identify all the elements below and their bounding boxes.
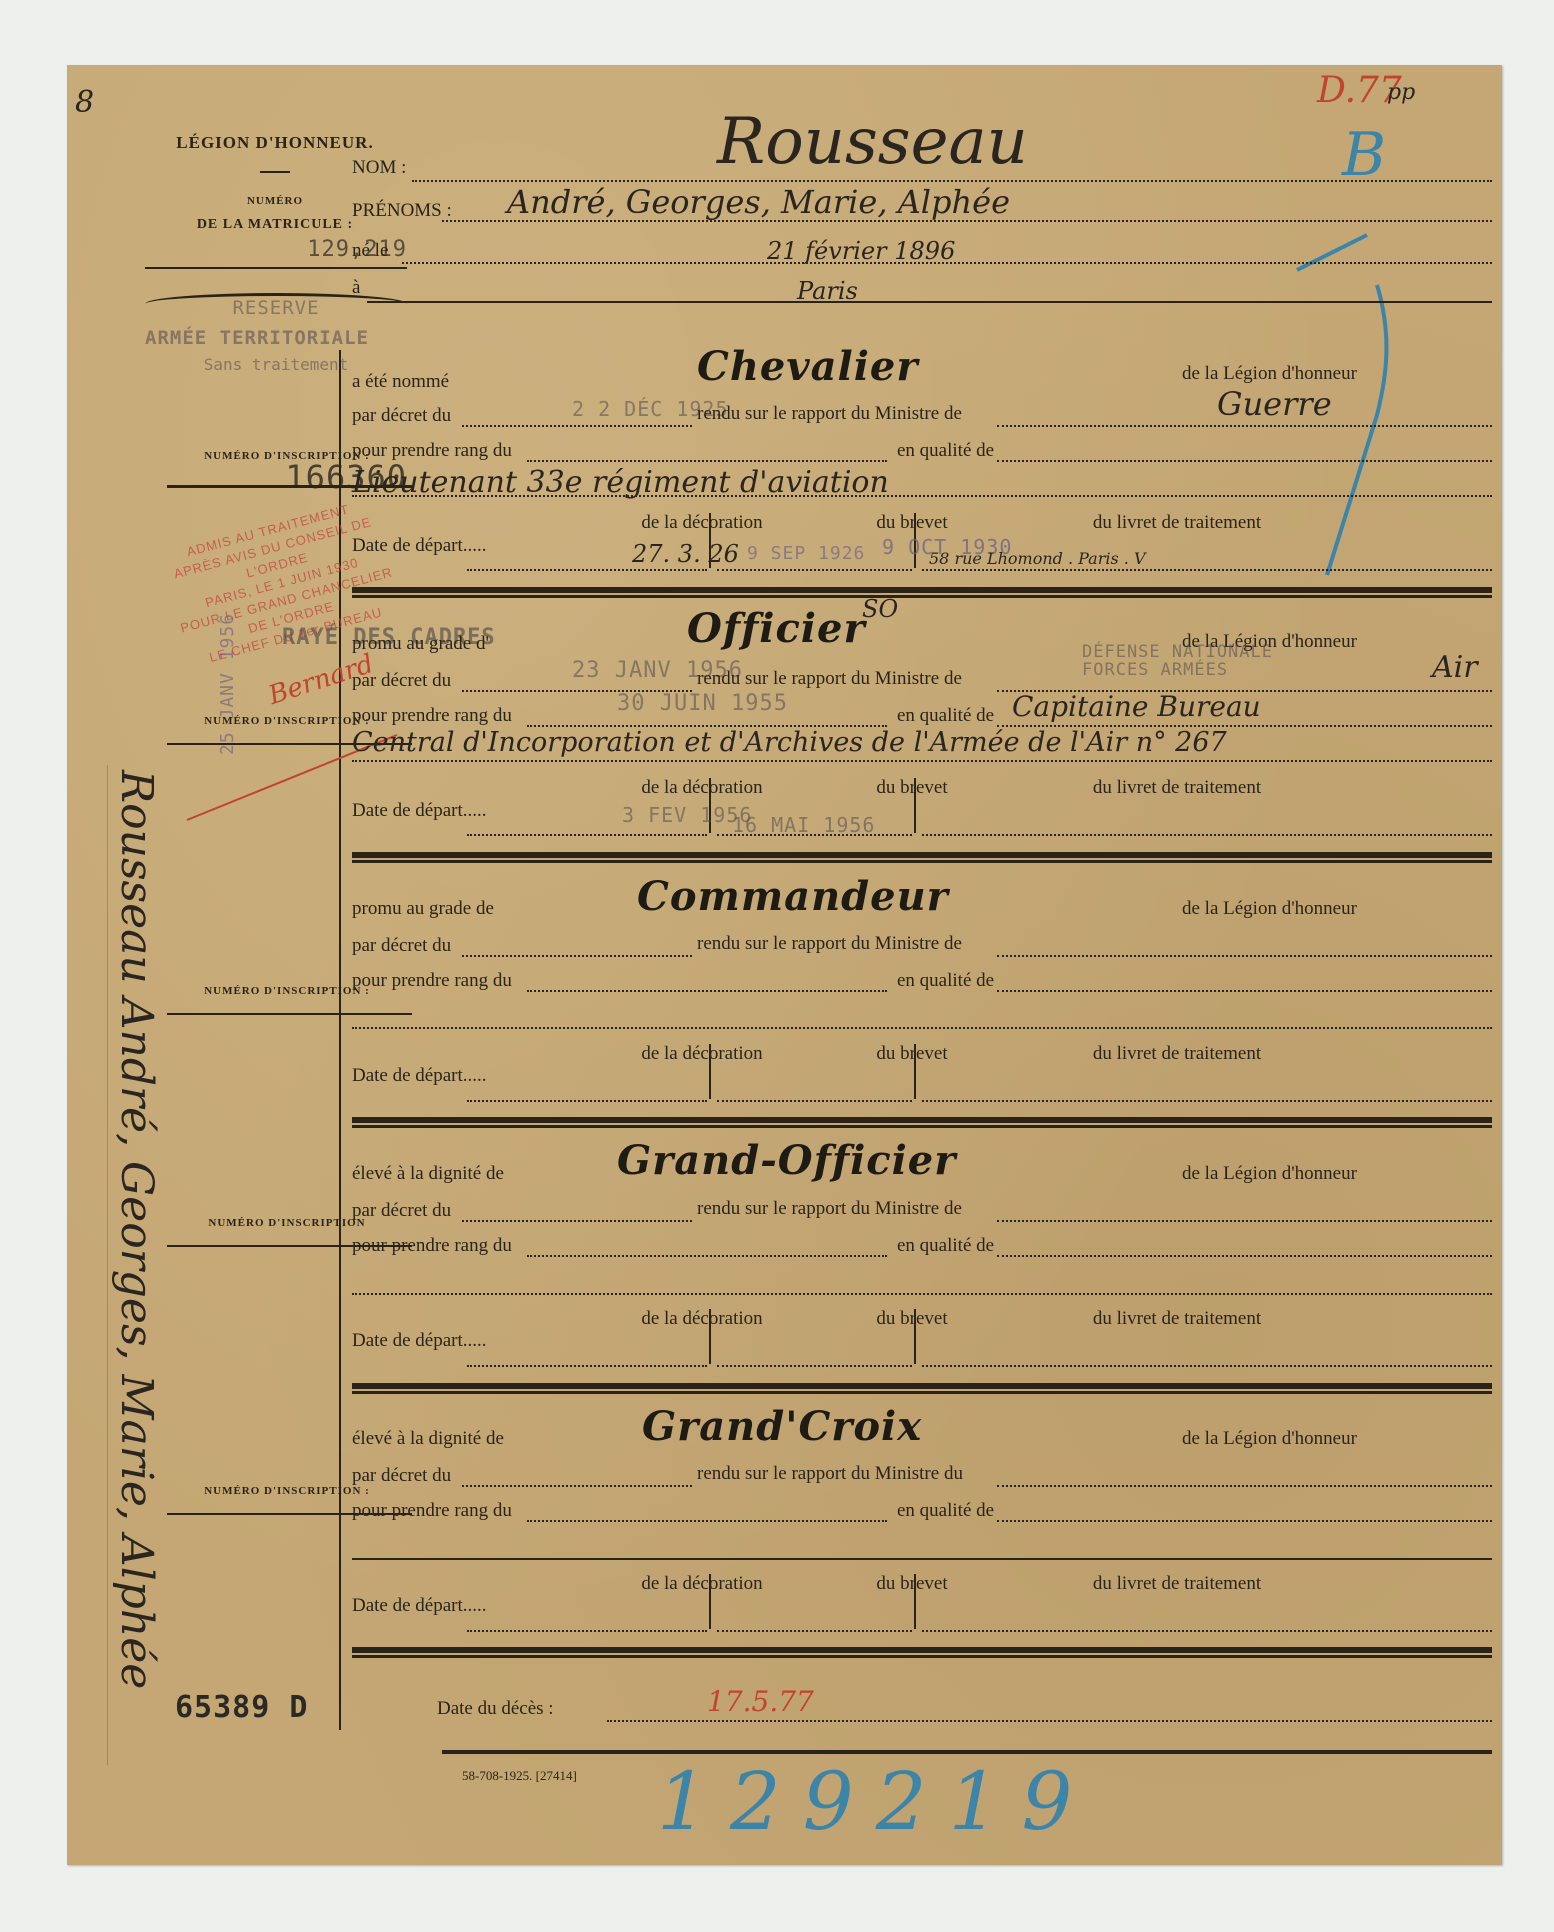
- grand-officier-qualite-line: [997, 1255, 1492, 1257]
- dossier-number: 65389 D: [175, 1690, 308, 1725]
- officier-rang-date: 30 JUIN 1955: [617, 691, 788, 716]
- grand-officier-rang-line: [527, 1255, 887, 1257]
- commandeur-qualite-label: en qualité de: [897, 970, 994, 992]
- grand-croix-intro: élevé à la dignité de: [352, 1428, 504, 1450]
- grand-croix-rang-label: pour prendre rang du: [352, 1500, 512, 1522]
- officier-rang-label: pour prendre rang du: [352, 705, 512, 727]
- officier-decret-label: par décret du: [352, 670, 451, 692]
- grand-croix-col-decoration: de la décoration: [602, 1573, 802, 1595]
- officier-qualite-value-2: Central d'Incorporation et d'Archives de…: [352, 727, 1227, 758]
- commandeur-grade: Commandeur: [637, 873, 949, 920]
- grand-croix-rang-line: [527, 1520, 887, 1522]
- officier-qualite-label: en qualité de: [897, 705, 994, 727]
- col-divider: [914, 1044, 916, 1099]
- print-reference: 58-708-1925. [27414]: [462, 1768, 577, 1784]
- raye-date-stamp: 25 JANV 1956: [217, 613, 238, 755]
- chevalier-date-decoration: 27. 3. 26: [632, 540, 739, 568]
- section-separator: [352, 852, 1492, 860]
- col-divider: [914, 1309, 916, 1364]
- section-separator: [352, 1117, 1492, 1125]
- grand-officier-col-decoration: de la décoration: [602, 1308, 802, 1330]
- armee-territoriale-stamp: ARMÉE TERRITORIALE: [107, 327, 407, 349]
- dot: [717, 569, 912, 571]
- commandeur-rang-label: pour prendre rang du: [352, 970, 512, 992]
- deces-label: Date du décès :: [437, 1698, 554, 1720]
- commandeur-legion: de la Légion d'honneur: [1182, 898, 1357, 920]
- dot: [717, 834, 912, 836]
- officier-col-brevet: du brevet: [812, 777, 1012, 799]
- commandeur-rang-line: [527, 990, 887, 992]
- dot: [717, 1365, 912, 1367]
- grand-officier-legion: de la Légion d'honneur: [1182, 1163, 1357, 1185]
- dot: [922, 834, 1492, 836]
- chevalier-date-depart-label: Date de départ.....: [352, 535, 487, 557]
- chevalier-grade: Chevalier: [697, 343, 918, 390]
- margin-mark: 8: [75, 85, 94, 120]
- section-separator: [352, 587, 1492, 595]
- officier-col-decoration: de la décoration: [602, 777, 802, 799]
- chevalier-livret-address: 58 rue Lhomond . Paris . V: [929, 549, 1146, 568]
- a-label: à: [352, 277, 360, 299]
- grand-officier-col-brevet: du brevet: [812, 1308, 1012, 1330]
- dot: [467, 1365, 707, 1367]
- ne-le-label: né le: [352, 240, 388, 262]
- fold-line: [107, 765, 108, 1765]
- officier-ministre-value: Air: [1432, 650, 1478, 685]
- commandeur-col-decoration: de la décoration: [602, 1043, 802, 1065]
- grand-officier-ministre-label: rendu sur le rapport du Ministre de: [697, 1198, 962, 1220]
- dot: [922, 1100, 1492, 1102]
- chevalier-ministre-label: rendu sur le rapport du Ministre de: [697, 403, 962, 425]
- a-value: Paris: [797, 277, 858, 305]
- grand-croix-ministre-line: [997, 1485, 1492, 1487]
- dot: [922, 569, 1492, 571]
- chevalier-qualite-line: [997, 460, 1492, 462]
- grand-croix-qualite-line-2: [352, 1558, 1492, 1560]
- section-separator: [352, 1647, 1492, 1655]
- grand-croix-ministre-label: rendu sur le rapport du Ministre du: [697, 1463, 963, 1485]
- a-line: [367, 301, 1492, 303]
- chevalier-decret-label: par décret du: [352, 405, 451, 427]
- dot: [467, 1630, 707, 1632]
- col-divider: [914, 778, 916, 833]
- officier-ministre-label: rendu sur le rapport du Ministre de: [697, 668, 962, 690]
- nom-value: Rousseau: [717, 105, 1028, 179]
- grand-croix-date-depart-label: Date de départ.....: [352, 1595, 487, 1617]
- nom-label: NOM :: [352, 157, 406, 179]
- dot: [922, 1630, 1492, 1632]
- chevalier-qualite-label: en qualité de: [897, 440, 994, 462]
- col-divider: [709, 1044, 711, 1099]
- legion-honneur-record-card: 8 LÉGION D'HONNEUR. NUMÉRO DE LA MATRICU…: [67, 65, 1502, 1865]
- chevalier-intro: a été nommé: [352, 371, 449, 393]
- grand-officier-grade: Grand-Officier: [617, 1137, 956, 1184]
- dot: [467, 1100, 707, 1102]
- chevalier-col-livret: du livret de traitement: [1027, 512, 1327, 534]
- grand-officier-intro: élevé à la dignité de: [352, 1163, 504, 1185]
- deces-line: [607, 1720, 1492, 1722]
- prenoms-value: André, Georges, Marie, Alphée: [507, 183, 1010, 221]
- vertical-handwritten-name: Rousseau André, Georges, Marie, Alphée: [111, 770, 162, 1689]
- chevalier-decret-line: [462, 425, 692, 427]
- commandeur-qualite-line-2: [352, 1027, 1492, 1029]
- commandeur-ministre-line: [997, 955, 1492, 957]
- chevalier-ministre-value: Guerre: [1217, 385, 1332, 423]
- officier-grade-annotation: SO: [862, 595, 898, 623]
- deces-value: 17.5.77: [707, 1685, 814, 1718]
- chevalier-rang-line: [527, 460, 887, 462]
- grand-officier-date-depart-label: Date de départ.....: [352, 1330, 487, 1352]
- grand-croix-qualite-line: [997, 1520, 1492, 1522]
- corner-note-pp: pp: [1387, 80, 1415, 105]
- chevalier-date-brevet: 9 SEP 1926: [747, 543, 865, 564]
- grand-croix-qualite-label: en qualité de: [897, 1500, 994, 1522]
- blue-pencil-number: 129219: [657, 1755, 1094, 1848]
- officier-col-livret: du livret de traitement: [1027, 777, 1327, 799]
- commandeur-ministre-label: rendu sur le rapport du Ministre de: [697, 933, 962, 955]
- dot: [467, 834, 707, 836]
- title-divider: [260, 171, 290, 173]
- commandeur-decret-label: par décret du: [352, 935, 451, 957]
- officier-date-depart-label: Date de départ.....: [352, 800, 487, 822]
- matricule-rule: [145, 267, 407, 269]
- officier-grade: Officier: [687, 605, 866, 652]
- dot: [467, 569, 707, 571]
- grand-officier-ministre-line: [997, 1220, 1492, 1222]
- chevalier-qualite-value: Lieutenant 33e régiment d'aviation: [352, 465, 889, 500]
- commandeur-date-depart-label: Date de départ.....: [352, 1065, 487, 1087]
- grand-croix-col-brevet: du brevet: [812, 1573, 1012, 1595]
- grand-officier-rang-label: pour prendre rang du: [352, 1235, 512, 1257]
- grand-officier-decret-label: par décret du: [352, 1200, 451, 1222]
- commandeur-qualite-line: [997, 990, 1492, 992]
- chevalier-legion: de la Légion d'honneur: [1182, 363, 1357, 385]
- dot: [717, 1100, 912, 1102]
- commandeur-col-livret: du livret de traitement: [1027, 1043, 1327, 1065]
- grand-officier-col-livret: du livret de traitement: [1027, 1308, 1327, 1330]
- col-divider: [709, 1309, 711, 1364]
- grand-croix-decret-line: [462, 1485, 692, 1487]
- grand-croix-grade: Grand'Croix: [642, 1403, 922, 1450]
- prenoms-label: PRÉNOMS :: [352, 200, 452, 222]
- nom-line: [412, 180, 1492, 182]
- chevalier-rang-label: pour prendre rang du: [352, 440, 512, 462]
- officier-intro: promu au grade d': [352, 633, 489, 655]
- commandeur-col-brevet: du brevet: [812, 1043, 1012, 1065]
- ne-le-value: 21 février 1896: [767, 237, 955, 265]
- grand-officier-decret-line: [462, 1220, 692, 1222]
- grand-officier-qualite-line-2: [352, 1293, 1492, 1295]
- officier-qualite-value: Capitaine Bureau: [1012, 690, 1261, 723]
- col-divider: [709, 1574, 711, 1629]
- officier-qualite-line-2: [352, 760, 1492, 762]
- grand-officier-qualite-label: en qualité de: [897, 1235, 994, 1257]
- grand-croix-col-livret: du livret de traitement: [1027, 1573, 1327, 1595]
- chevalier-ministre-line: [997, 425, 1492, 427]
- officier-ministre-stamp: DÉFENSE NATIONALE FORCES ARMÉES: [1082, 643, 1332, 679]
- chevalier-col-brevet: du brevet: [812, 512, 1012, 534]
- grand-croix-decret-label: par décret du: [352, 1465, 451, 1487]
- col-divider: [914, 1574, 916, 1629]
- document-title: LÉGION D'HONNEUR.: [145, 133, 405, 153]
- commandeur-decret-line: [462, 955, 692, 957]
- commandeur-intro: promu au grade de: [352, 898, 494, 920]
- dot: [717, 1630, 912, 1632]
- footer-rule: [442, 1750, 1492, 1754]
- inscription-rule-3: [167, 1013, 412, 1015]
- section-separator: [352, 1383, 1492, 1391]
- chevalier-col-decoration: de la décoration: [602, 512, 802, 534]
- grand-croix-legion: de la Légion d'honneur: [1182, 1428, 1357, 1450]
- dot: [922, 1365, 1492, 1367]
